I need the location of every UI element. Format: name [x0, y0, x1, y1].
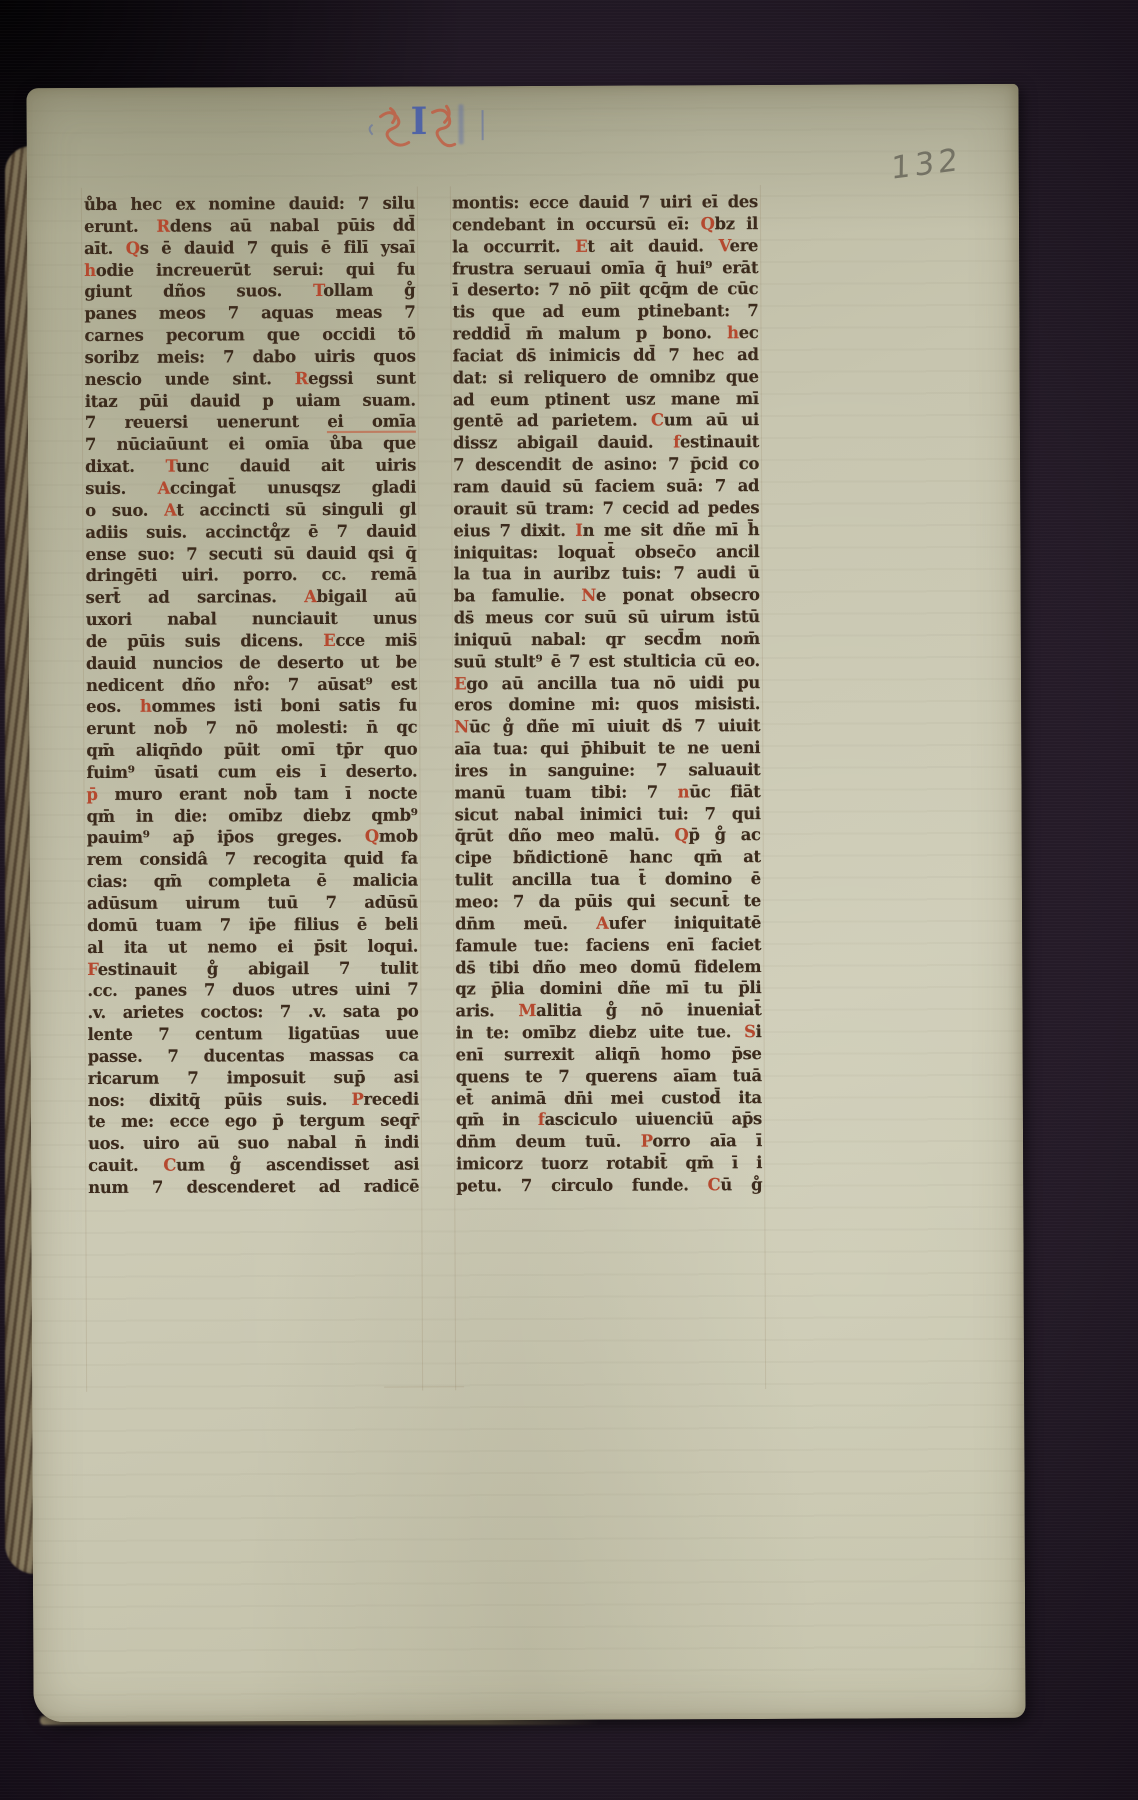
text-line: qm̄ in die: omībz diebz qmb⁹: [87, 804, 418, 828]
text-column-right: montis: ecce dauid 7 uiri eī descendeban…: [452, 191, 762, 1197]
text-line: iniquitas: loquat̄ obsec̄o ancil: [453, 540, 759, 564]
text-line: dixat. Tunc dauid ait uiris: [85, 454, 416, 478]
text-line: tulit ancilla tua t̄ domino ē: [455, 868, 761, 892]
text-line: num 7 descenderet ad radicē: [88, 1175, 419, 1199]
text-line: la tua in auribz tuis: 7 audi ū: [454, 562, 760, 586]
text-line: o suo. At accincti sū singuli gl: [85, 498, 416, 522]
text-line: Nūc g̊ dñe mī uiuit ds̄ 7 uiuit: [454, 715, 760, 739]
text-line: nescio unde sint. Regssi sunt: [85, 367, 416, 391]
text-line: nedicent dño nr̊o: 7 aūsat⁹ est: [86, 673, 417, 697]
text-line: cias: qm̄ completa ē malicia: [87, 869, 418, 893]
text-line: ram dauid sū faciem suā: 7 ad: [453, 475, 759, 499]
text-line: .cc. panes 7 duos utres uini 7: [87, 979, 418, 1003]
text-column-left: ůba hec ex nomine dauid: 7 siluerunt. Rd…: [84, 192, 419, 1198]
text-line: carnes pecorum que occidi tō: [84, 323, 415, 347]
text-line: cendebant in occursū eī: Qbz il: [452, 213, 758, 237]
text-line: ricarum 7 imposuit sup̄ asi: [88, 1066, 419, 1090]
text-line: nos: dixitq̄ pūis suis. Precedi: [88, 1088, 419, 1112]
text-line: qz p̄lia domini dñe mī tu p̄li: [455, 977, 761, 1001]
text-line: adūsum uirum tuū 7 adūsū: [87, 891, 418, 915]
text-line: sicut nabal inimici tui: 7 qui: [455, 802, 761, 826]
text-line: suū stult⁹ ē 7 est stulticia cū eo.: [454, 649, 760, 673]
text-line: dat: si reliquero de omnibz que: [453, 366, 759, 390]
text-line: imicorz tuorz rotabit̄ qm̄ ī i: [456, 1152, 762, 1176]
text-line: fuim⁹ ūsati cum eis ī deserto.: [86, 760, 417, 784]
text-line: aris. Malitia g̊ nō inueniat̄: [455, 999, 761, 1023]
text-line: itaz pūi dauid p uiam suam.: [85, 389, 416, 413]
text-line: pauim⁹ ap̄ ip̄os greges. Qmob: [87, 826, 418, 850]
text-line: soribz meis: 7 dabo uiris quos: [85, 345, 416, 369]
text-line: dn̄m deum tuū. Porro aīa ī: [456, 1130, 762, 1154]
text-line: erunt. Rdens aū nabal pūis dd̄: [84, 214, 415, 238]
text-line: adiis suis. accinctq̊z ē 7 dauid: [85, 520, 416, 544]
text-line: tis que ad eum ptinebant: 7: [452, 300, 758, 324]
text-line: quens te 7 querens aīam tuā: [456, 1065, 762, 1089]
penwork-flourish-icon: [362, 98, 492, 151]
text-line: dissz abigail dauid. festinauit: [453, 431, 759, 455]
quire-mark-letter: I: [410, 99, 427, 143]
text-line: orauit sū tram: 7 cecid ad pedes: [453, 497, 759, 521]
text-line: montis: ecce dauid 7 uiri eī des: [452, 191, 758, 215]
text-line: dn̄m meū. Aufer iniquitatē: [455, 912, 761, 936]
folio-number: 132: [891, 142, 962, 187]
text-line: ad eum ptinent usz mane mī: [453, 387, 759, 411]
text-line: qm̄ in fasciculo uiuenciū ap̄s: [456, 1108, 762, 1132]
ruling-line-horizontal: [384, 1386, 464, 1387]
text-line: dringēti uiri. porro. cc. remā: [86, 564, 417, 588]
text-line: famule tue: faciens enī faciet: [455, 933, 761, 957]
quire-mark-ghost-stroke: [459, 104, 464, 144]
text-line: uos. uiro aū suo nabal n̄ indi: [88, 1132, 419, 1156]
ruling-line-vertical: [417, 186, 423, 1390]
text-line: gentē ad parietem. Cum aū ui: [453, 409, 759, 433]
text-line: 7 nūciaūunt ei omīa ůba que: [85, 433, 416, 457]
text-line: .v. arietes coctos: 7 .v. sata po: [87, 1000, 418, 1024]
text-line: cauit. Cum g̊ ascendisset asi: [88, 1153, 419, 1177]
text-line: eros domine mi: quos misisti.: [454, 693, 760, 717]
text-line: erunt nob̄ 7 nō molesti: n̄ qc: [86, 717, 417, 741]
text-line: ds̄ tibi dño meo domū fidelem: [455, 955, 761, 979]
text-line: manū tuam tibi: 7 nūc fiāt: [454, 781, 760, 805]
manuscript-page: I 132 ůba hec ex nomine dauid: 7 silueru…: [26, 84, 1025, 1722]
text-line: ůba hec ex nomine dauid: 7 silu: [84, 192, 415, 216]
text-line: ires in sanguine: 7 saluauit: [454, 759, 760, 783]
text-line: ba famulie. Ne ponat obsecro: [454, 584, 760, 608]
text-line: domū tuam 7 ip̄e filius ē beli: [87, 913, 418, 937]
text-line: iniquū nabal: qr secd̄m nom̄: [454, 628, 760, 652]
text-line: p̄ muro erant nob̄ tam ī nocte: [86, 782, 417, 806]
text-line: la occurrit. Et ait dauid. Vere: [452, 234, 758, 258]
text-line: enī surrexit aliqn̄ homo p̄se: [456, 1043, 762, 1067]
text-line: ds̄ meus cor suū sū uirum istū: [454, 606, 760, 630]
quire-mark: I: [362, 98, 492, 151]
text-line: aīa tua: qui p̄hibuit te ne ueni: [454, 737, 760, 761]
text-line: suis. Accingat̄ unusqsz gladi: [85, 476, 416, 500]
text-line: uxori nabal nunciauit unus: [86, 607, 417, 631]
text-line: meo: 7 da pūis qui secunt̄ te: [455, 890, 761, 914]
text-line: ī deserto: 7 nō pīit qcq̄m de cūc: [452, 278, 758, 302]
text-line: in te: omībz diebz uite tue. Si: [456, 1021, 762, 1045]
text-line: 7 descendit de asino: 7 p̄cid co: [453, 453, 759, 477]
text-line: al ita ut nemo ei p̄sit loqui.: [87, 935, 418, 959]
text-line: reddid̄ m̄ malum p bono. hec: [452, 322, 758, 346]
text-line: faciat ds̄ inimicis dd̄ 7 hec ad: [453, 344, 759, 368]
text-line: dauid nuncios de deserto ut be: [86, 651, 417, 675]
text-line: rem considâ 7 recogita quid fa: [87, 848, 418, 872]
ruling-line-vertical: [760, 185, 766, 1389]
text-line: et̄ animā dn̄i mei custod̄ ita: [456, 1086, 762, 1110]
text-line: passe. 7 ducentas massas ca: [88, 1044, 419, 1068]
text-line: Festinauit g̊ abigail 7 tulit: [87, 957, 418, 981]
text-line: te me: ecce ego p̄ tergum seqr̄: [88, 1110, 419, 1134]
text-line: lente 7 centum ligatūas uue: [88, 1022, 419, 1046]
text-line: cipe bñdictionē hanc qm̄ at: [455, 846, 761, 870]
text-line: qm̄ aliqn̄do pūit omī tp̄r quo: [86, 738, 417, 762]
text-line: eius 7 dixit. In me sit dñe mī h̄: [453, 518, 759, 542]
text-line: sert̄ ad sarcinas. Abigail aū: [86, 585, 417, 609]
text-line: aīt. Qs ē dauid 7 quis ē filī ysaī: [84, 236, 415, 260]
text-line: giunt dños suos. Tollam g̊: [84, 280, 415, 304]
text-line: ense suo: 7 secuti sū dauid qsi q̄: [85, 542, 416, 566]
text-line: de pūis suis dicens. Ecce mis̄: [86, 629, 417, 653]
text-line: q̄rūt dño meo malū. Qp̄ g̊ ac: [455, 824, 761, 848]
text-line: hodie increuerūt serui: qui fu: [84, 258, 415, 282]
text-line: panes meos 7 aquas meas 7: [84, 301, 415, 325]
text-line: petu. 7 circulo funde. Cū g̊: [456, 1174, 762, 1198]
text-line: frustra seruaui omīa q̄ hui⁹ erāt: [452, 256, 758, 280]
text-line: Ego aū ancilla tua nō uidi pu: [454, 671, 760, 695]
text-line: 7 reuersi uenerunt ei omīa: [85, 411, 416, 435]
text-line: eos. hommes isti boni satis fu: [86, 695, 417, 719]
